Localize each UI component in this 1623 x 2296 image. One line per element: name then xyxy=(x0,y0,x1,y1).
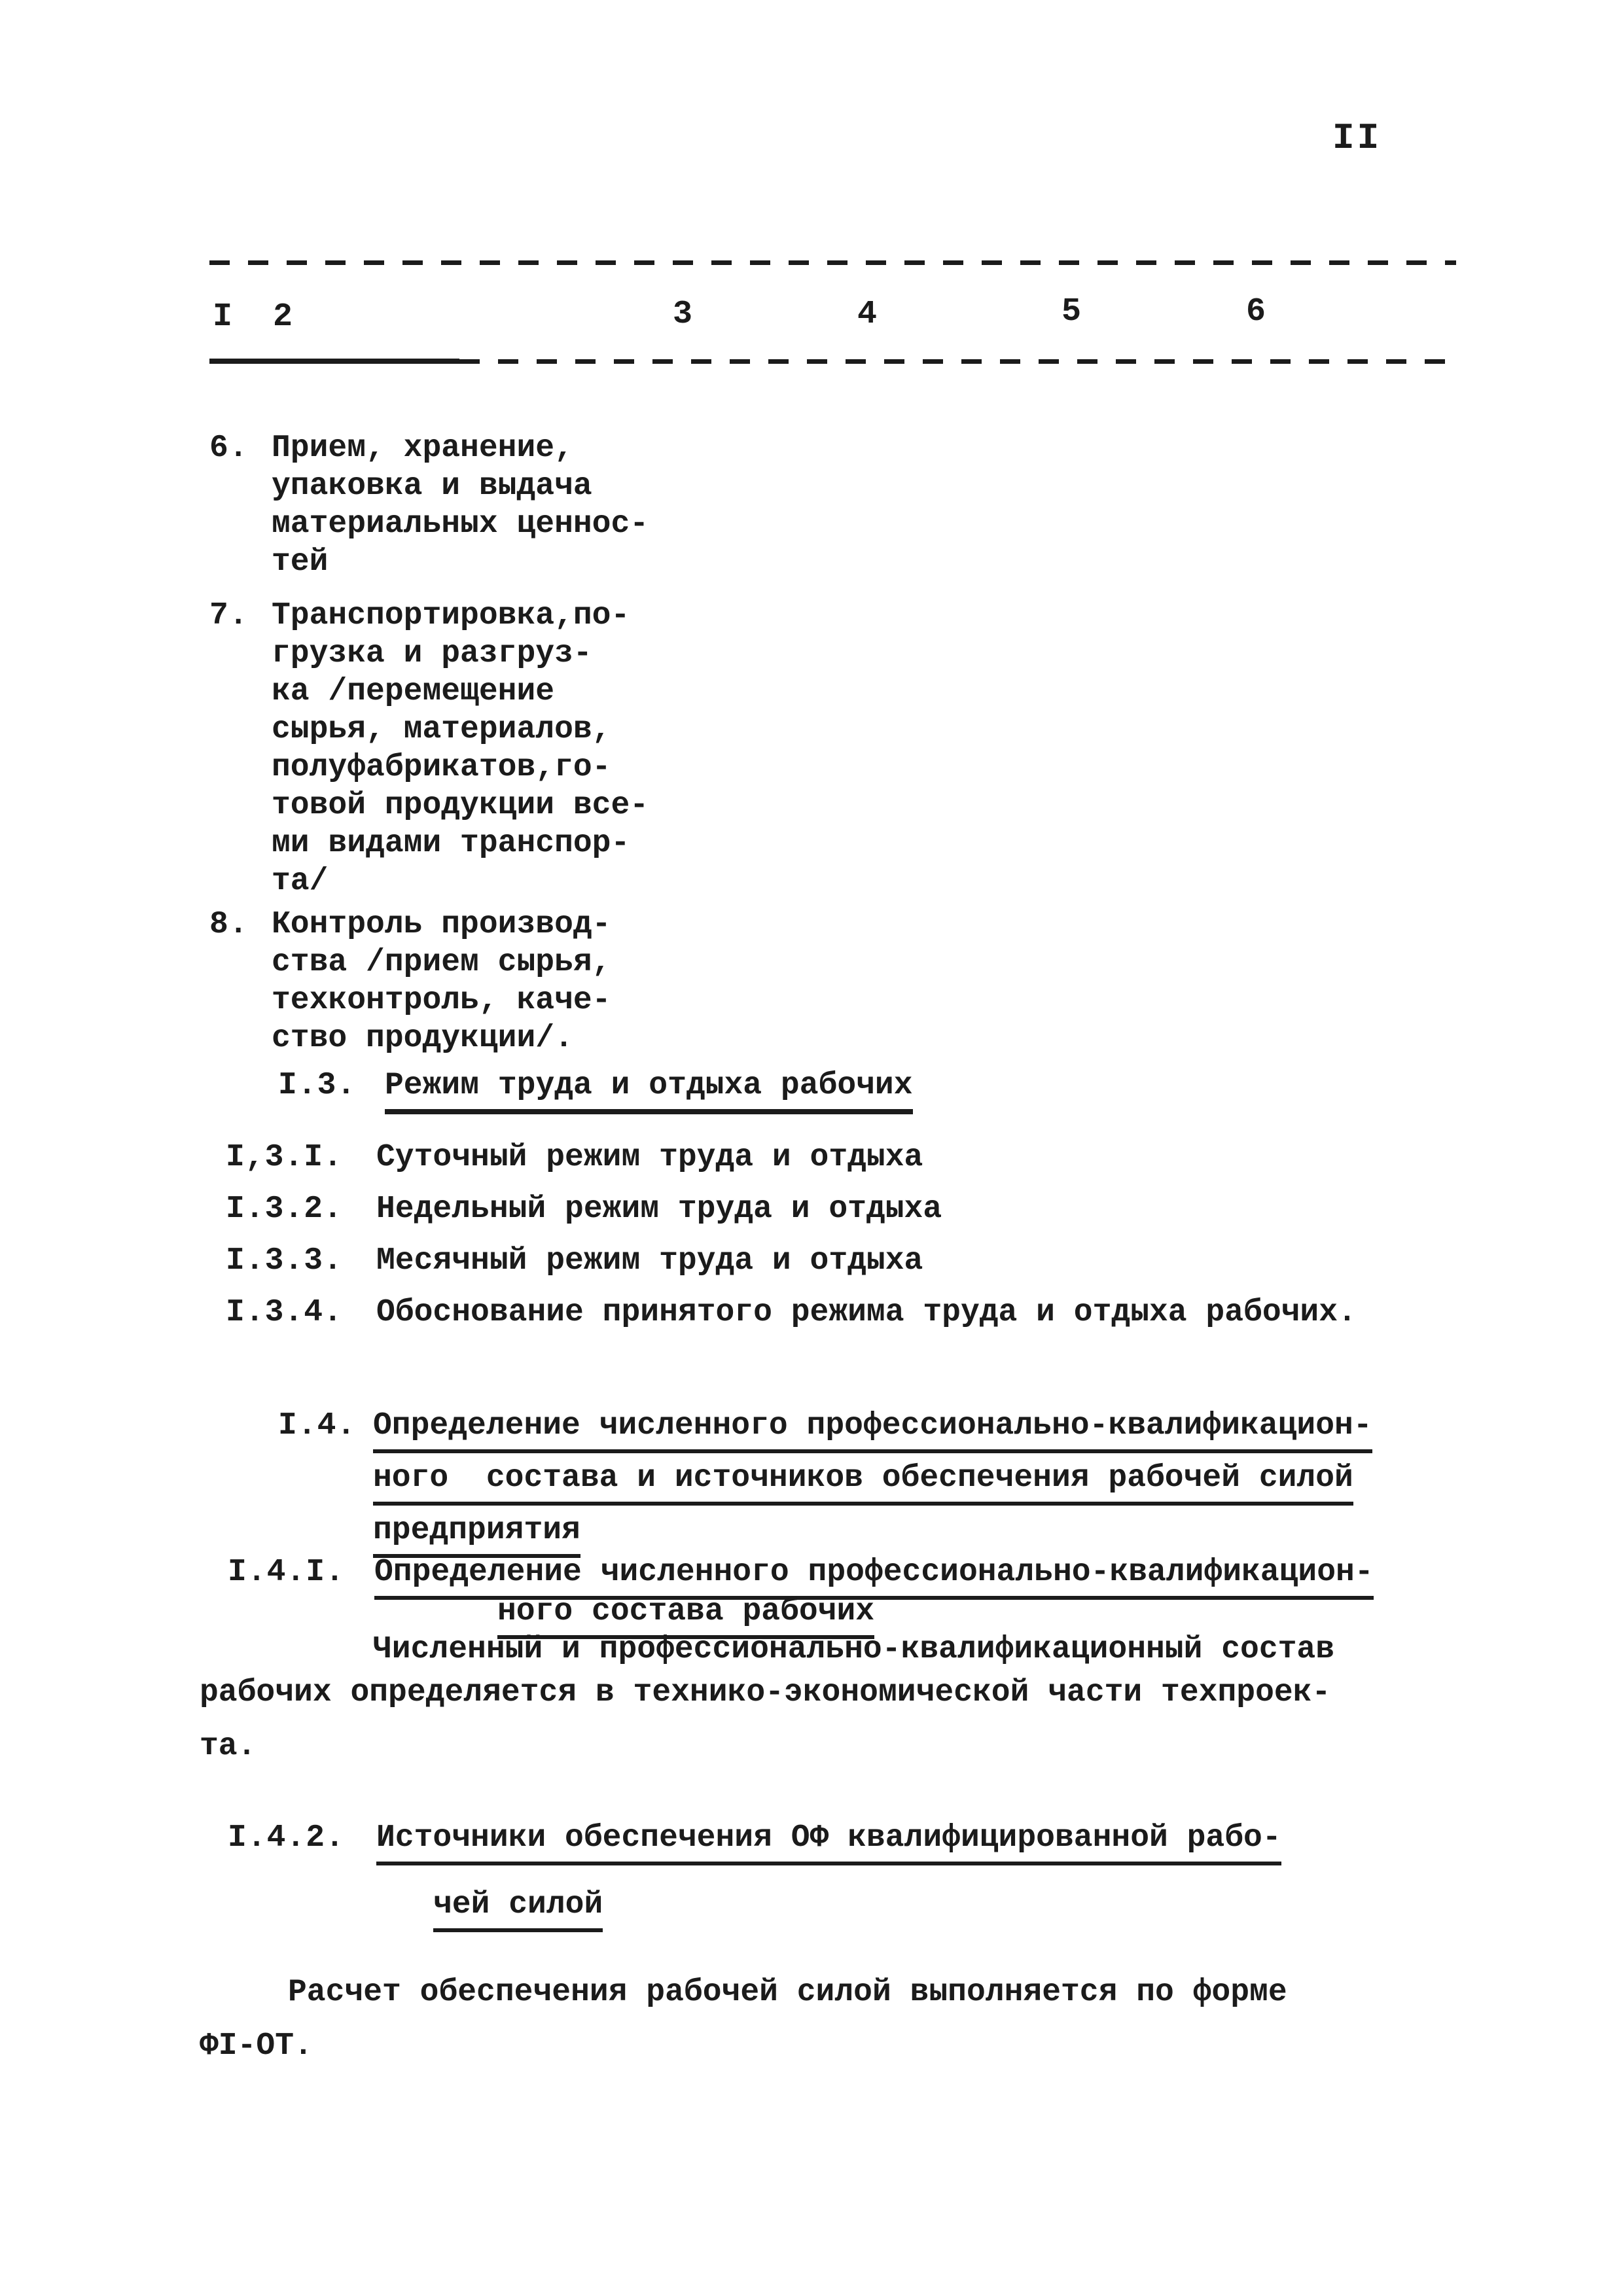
column-number-5: 5 xyxy=(1061,293,1081,331)
section-1-4-1-number: I.4.I. xyxy=(228,1553,345,1591)
section-1-4-title-line: предприятия xyxy=(373,1511,580,1558)
section-1-3-item-text: Недельный режим труда и отдыха xyxy=(376,1190,942,1228)
section-1-3-item-text: Суточный режим труда и отдыха xyxy=(376,1139,923,1176)
section-1-3-item-number: I.3.2. xyxy=(226,1190,343,1228)
section-1-4-number: I.4. xyxy=(278,1407,356,1445)
work-item-7-line: грузка и разгруз- xyxy=(272,635,592,673)
section-1-4-2-number: I.4.2. xyxy=(228,1819,345,1857)
work-item-8-line: ства /прием сырья, xyxy=(272,944,611,981)
work-item-7-line: ка /перемещение xyxy=(272,673,554,711)
column-number-6: 6 xyxy=(1246,293,1266,331)
section-1-3-item-number: I,3.I. xyxy=(226,1139,343,1176)
column-number-4: 4 xyxy=(857,296,877,334)
section-1-3-item-text: Обоснование принятого режима труда и отд… xyxy=(376,1294,1357,1332)
work-item-8-line: ство продукции/. xyxy=(272,1019,573,1057)
section-1-3-item-text: Месячный режим труда и отдыха xyxy=(376,1242,923,1280)
work-item-7-line: та/ xyxy=(272,862,328,900)
work-item-6-line: упаковка и выдача xyxy=(272,467,592,505)
table-top-rule xyxy=(209,260,1456,265)
document-page: II I 2 3 4 5 6 6. Прием, хранение, упако… xyxy=(0,0,1623,2296)
section-1-4-title-line: Определение численного профессионально-к… xyxy=(373,1407,1372,1453)
column-number-3: 3 xyxy=(673,296,692,334)
table-bottom-rule-dashed xyxy=(459,359,1463,364)
work-item-7-line: Транспортировка,по- xyxy=(272,597,630,635)
work-item-7-number: 7. xyxy=(209,597,249,635)
section-1-4-1-body-line: Численный и профессионально-квалификацио… xyxy=(373,1631,1334,1669)
work-item-6-number: 6. xyxy=(209,429,249,467)
column-number-1: I xyxy=(213,298,232,336)
section-1-3-item-number: I.3.4. xyxy=(226,1294,343,1332)
table-bottom-rule-solid xyxy=(209,359,459,364)
work-item-6-line: материальных ценнос- xyxy=(272,505,649,543)
section-1-4-1-body-line: та. xyxy=(200,1727,256,1765)
work-item-8-line: техконтроль, каче- xyxy=(272,981,611,1019)
work-item-6-line: Прием, хранение, xyxy=(272,429,573,467)
section-1-4-title-line: ного состава и источников обеспечения ра… xyxy=(373,1459,1353,1506)
section-1-4-2-title-line: Источники обеспечения ОФ квалифицированн… xyxy=(376,1819,1281,1865)
closing-paragraph-line: Расчет обеспечения рабочей силой выполня… xyxy=(288,1973,1287,2011)
section-1-4-2-title-line: чей силой xyxy=(433,1886,603,1932)
column-number-2: 2 xyxy=(273,298,293,336)
closing-paragraph-line: ФI-ОТ. xyxy=(200,2027,313,2065)
work-item-7-line: сырья, материалов, xyxy=(272,711,611,749)
work-item-7-line: ми видами транспор- xyxy=(272,824,630,862)
work-item-8-line: Контроль производ- xyxy=(272,906,611,944)
work-item-7-line: полуфабрикатов,го- xyxy=(272,749,611,786)
section-1-4-1-body-line: рабочих определяется в технико-экономиче… xyxy=(200,1674,1330,1712)
section-1-3-number: I.3. xyxy=(278,1067,356,1104)
page-number: II xyxy=(1332,119,1382,157)
section-1-3-item-number: I.3.3. xyxy=(226,1242,343,1280)
work-item-8-number: 8. xyxy=(209,906,249,944)
work-item-7-line: товой продукции все- xyxy=(272,786,649,824)
work-item-6-line: тей xyxy=(272,543,328,581)
section-1-3-title: Режим труда и отдыха рабочих xyxy=(385,1067,913,1114)
